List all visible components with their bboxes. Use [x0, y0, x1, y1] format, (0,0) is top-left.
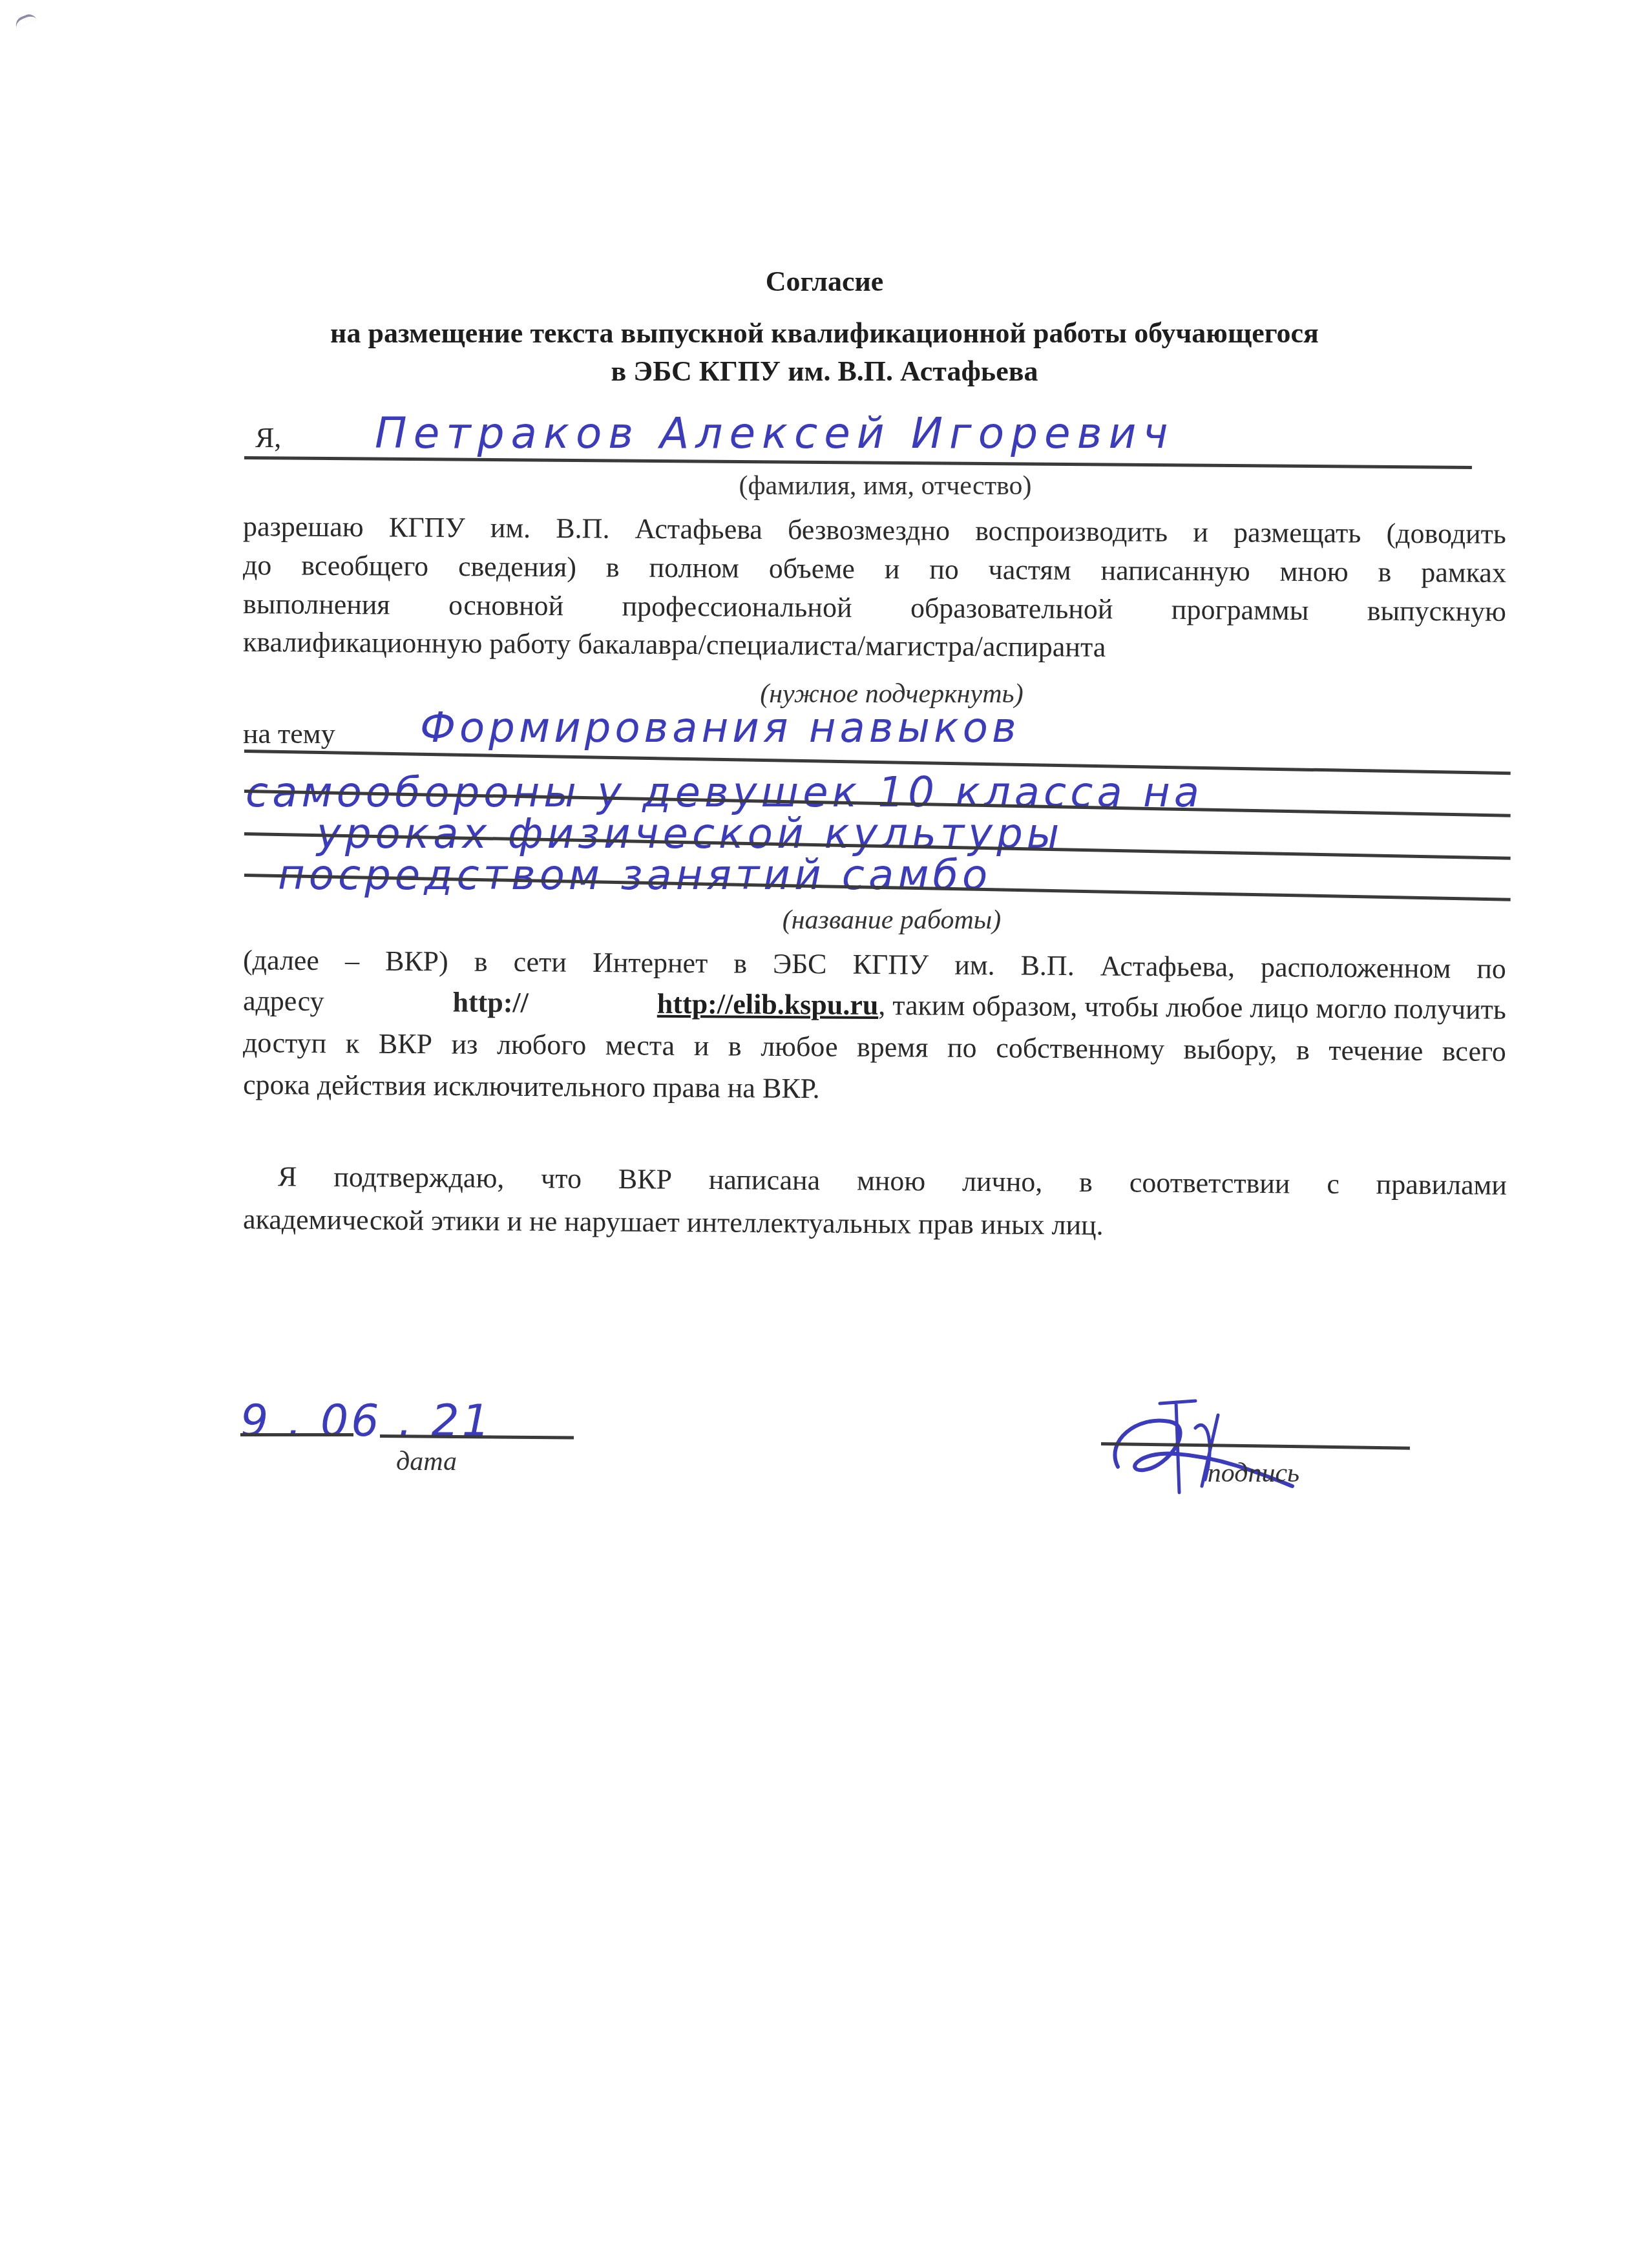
document-title: Согласие — [0, 264, 1649, 300]
usage-line-2-rest: , таким образом, чтобы любое лицо могло … — [878, 989, 1506, 1025]
permission-line-1: разрешаю КГПУ им. В.П. Астафьева безвозм… — [243, 508, 1506, 553]
usage-line-1: (далее – ВКР) в сети Интернет в ЭБС КГПУ… — [243, 941, 1506, 988]
elib-link[interactable]: http://elib.kspu.ru — [657, 988, 879, 1021]
topic-prefix: на тему — [243, 717, 335, 750]
confirmation-line-1: Я подтверждаю, что ВКР написана мною лич… — [278, 1160, 1507, 1201]
scan-corner-mark — [14, 12, 37, 28]
handwritten-topic-line-1[interactable]: Формирования навыков — [420, 704, 1020, 752]
date-underline-1 — [240, 1433, 353, 1436]
confirmation-line-2: академической этики и не нарушает интелл… — [243, 1202, 1104, 1241]
signature-caption: подпись — [1189, 1458, 1318, 1489]
name-prefix: Я, — [255, 421, 281, 454]
work-title-caption: (название работы) — [737, 905, 1047, 936]
usage-line-2: адресу http:// http://elib.kspu.ru, таки… — [243, 984, 1506, 1026]
usage-line-4: срока действия исключительного права на … — [243, 1068, 820, 1105]
permission-line-4: квалификационную работу бакалавра/специа… — [243, 625, 1106, 664]
permission-line-3: выполнения основной профессиональной обр… — [243, 585, 1506, 631]
name-caption: (фамилия, имя, отчество) — [704, 470, 1066, 501]
handwritten-date[interactable]: 9 . 06 . 21 — [240, 1396, 492, 1447]
usage-http-prefix: http:// — [452, 985, 529, 1019]
usage-line-3: доступ к ВКР из любого места и в любое в… — [243, 1024, 1506, 1071]
document-subtitle: на размещение текста выпускной квалифика… — [0, 315, 1649, 352]
handwritten-topic-line-4[interactable]: посредством занятий самбо — [278, 852, 991, 899]
usage-address-label: адресу — [243, 984, 324, 1018]
handwritten-topic-line-3[interactable]: уроках физической культуры — [317, 810, 1063, 858]
handwritten-full-name[interactable]: Петраков Алексей Игоревич — [375, 408, 1174, 458]
permission-line-2: до всеобщего сведения) в полном объеме и… — [243, 547, 1506, 592]
date-caption: дата — [375, 1446, 478, 1477]
document-subtitle-institution: в ЭБС КГПУ им. В.П. Астафьева — [0, 353, 1649, 390]
